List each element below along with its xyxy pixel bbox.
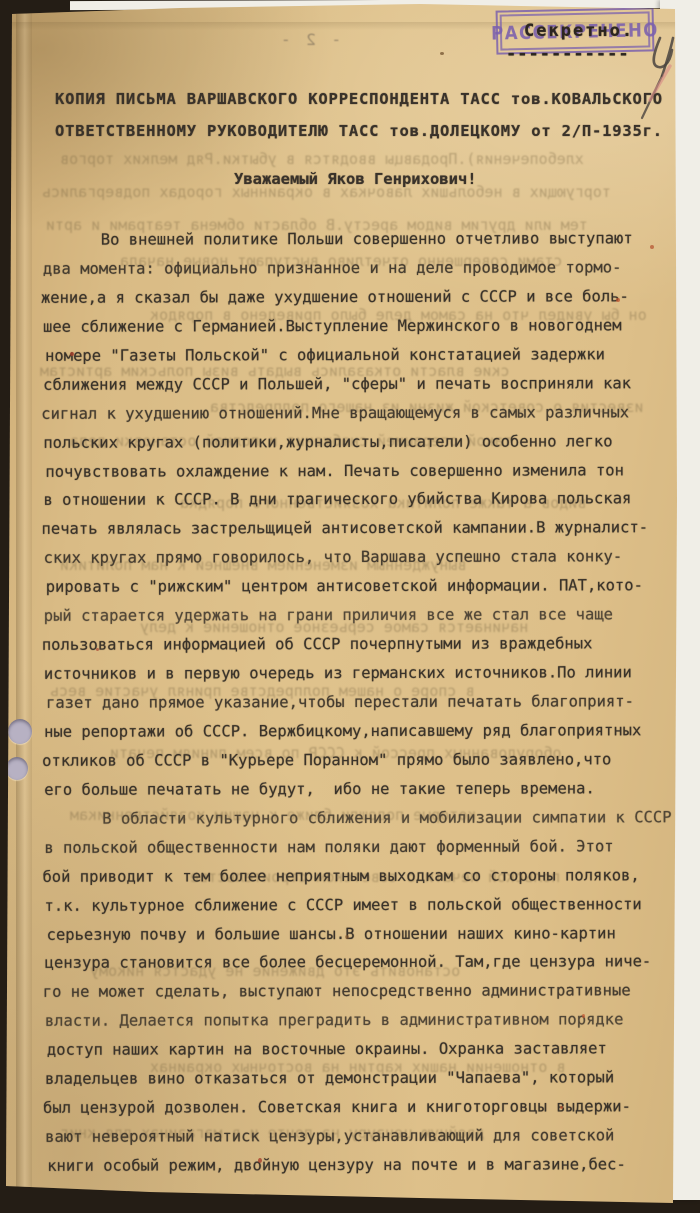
- paper-speck: [616, 298, 620, 302]
- typed-line: газет дано прямое указание,чтобы переста…: [46, 692, 676, 723]
- typed-line: го не может сделать, выступают непосредс…: [43, 982, 673, 1013]
- typed-line: Во внешней политике Польши совершенно от…: [45, 229, 675, 260]
- typed-line: в отношении к СССР. В дни трагического у…: [43, 490, 673, 521]
- typed-line: В области культурного сближения и мобили…: [46, 808, 676, 839]
- paper-fold-crease: [16, 0, 32, 1213]
- typed-line: источников и в первую очередь из германс…: [44, 663, 674, 694]
- typed-line: почувствовать охлаждение к нам. Печать с…: [45, 461, 675, 492]
- paper-speck: [70, 352, 74, 356]
- typed-line: книги особый режим, двойную цензуру на п…: [47, 1155, 677, 1186]
- typed-line: шее сближение с Германией.Выступление Ме…: [43, 316, 673, 347]
- typed-line: бой приводит к тем более неприятным выхо…: [42, 866, 672, 897]
- typed-line: печать являлась застрельщицей антисоветс…: [42, 519, 672, 550]
- document-header: КОПИЯ ПИСЬМА ВАРШАВСКОГО КОРРЕСПОНДЕНТА …: [55, 90, 675, 154]
- typed-line: ные репортажи об СССР. Вержбицкому,напис…: [44, 721, 674, 752]
- typed-line: два момента: официально признанное и на …: [43, 258, 673, 289]
- typed-line: власти. Делается попытка преградить в ад…: [45, 1010, 675, 1041]
- typed-line: в польской общественности нам поляки даю…: [44, 837, 674, 868]
- punch-hole: [8, 719, 32, 744]
- typed-line: пользоваться информацией об СССР почерпн…: [42, 634, 672, 665]
- typed-line: жение,а я сказал бы даже ухудшение отнош…: [41, 287, 671, 318]
- typed-line: вают невероятный натиск цензуры,устанавл…: [45, 1126, 675, 1157]
- typed-line: его больше печатать не будут, ибо не так…: [44, 779, 674, 810]
- typed-line: польских кругах (политики,журналисты,пис…: [43, 432, 673, 463]
- paper-speck: [96, 648, 99, 651]
- typed-line: сближения между СССР и Польшей, "сферы" …: [43, 374, 673, 405]
- document-page: хлебопечения).Продавцы вводятся в убытки…: [0, 0, 700, 1213]
- typed-line: рый старается удержать на грани приличия…: [44, 605, 674, 636]
- typed-line: рировать с "рижским" центром антисоветск…: [46, 576, 676, 607]
- typed-line: т.к. культурное сближение с СССР имеет в…: [44, 895, 674, 926]
- paper-speck: [258, 1158, 262, 1163]
- typed-line: цензура становится все более бесцеремонн…: [45, 953, 675, 984]
- salutation: Уважаемый Яков Генрихович!: [234, 170, 477, 188]
- typed-line: был цензурой дозволен. Советская книга и…: [43, 1097, 673, 1128]
- header-line: КОПИЯ ПИСЬМА ВАРШАВСКОГО КОРРЕСПОНДЕНТА …: [55, 90, 675, 122]
- typed-line: ских кругах прямо говорилось, что Варшав…: [44, 547, 674, 578]
- punch-hole: [6, 757, 28, 780]
- paper-speck: [650, 245, 654, 249]
- paper-speck: [440, 52, 444, 55]
- typed-line: доступ наших картин на восточные окраины…: [47, 1039, 677, 1070]
- paper-speck: [345, 935, 349, 939]
- header-line: ОТВЕТСТВЕННОМУ РУКОВОДИТЕЛЮ ТАСС тов.ДОЛ…: [55, 122, 675, 154]
- page-number-faint: - 2 -: [278, 30, 341, 49]
- typed-line: владельцев вино отказаться от демонстрац…: [45, 1068, 675, 1099]
- typed-line: сигнал к ухудшению отношений.Мне вращающ…: [41, 403, 671, 434]
- paper-speck: [582, 1014, 585, 1018]
- paper-speck: [560, 1106, 563, 1109]
- typed-line: серьезную почву и большие шансы.В отноше…: [47, 924, 677, 955]
- typed-line: номере "Газеты Польской" с официальной к…: [45, 345, 675, 376]
- typed-line: откликов об СССР в "Курьере Поранном" пр…: [42, 750, 672, 781]
- letter-body: Во внешней политике Польши совершенно от…: [43, 229, 675, 1186]
